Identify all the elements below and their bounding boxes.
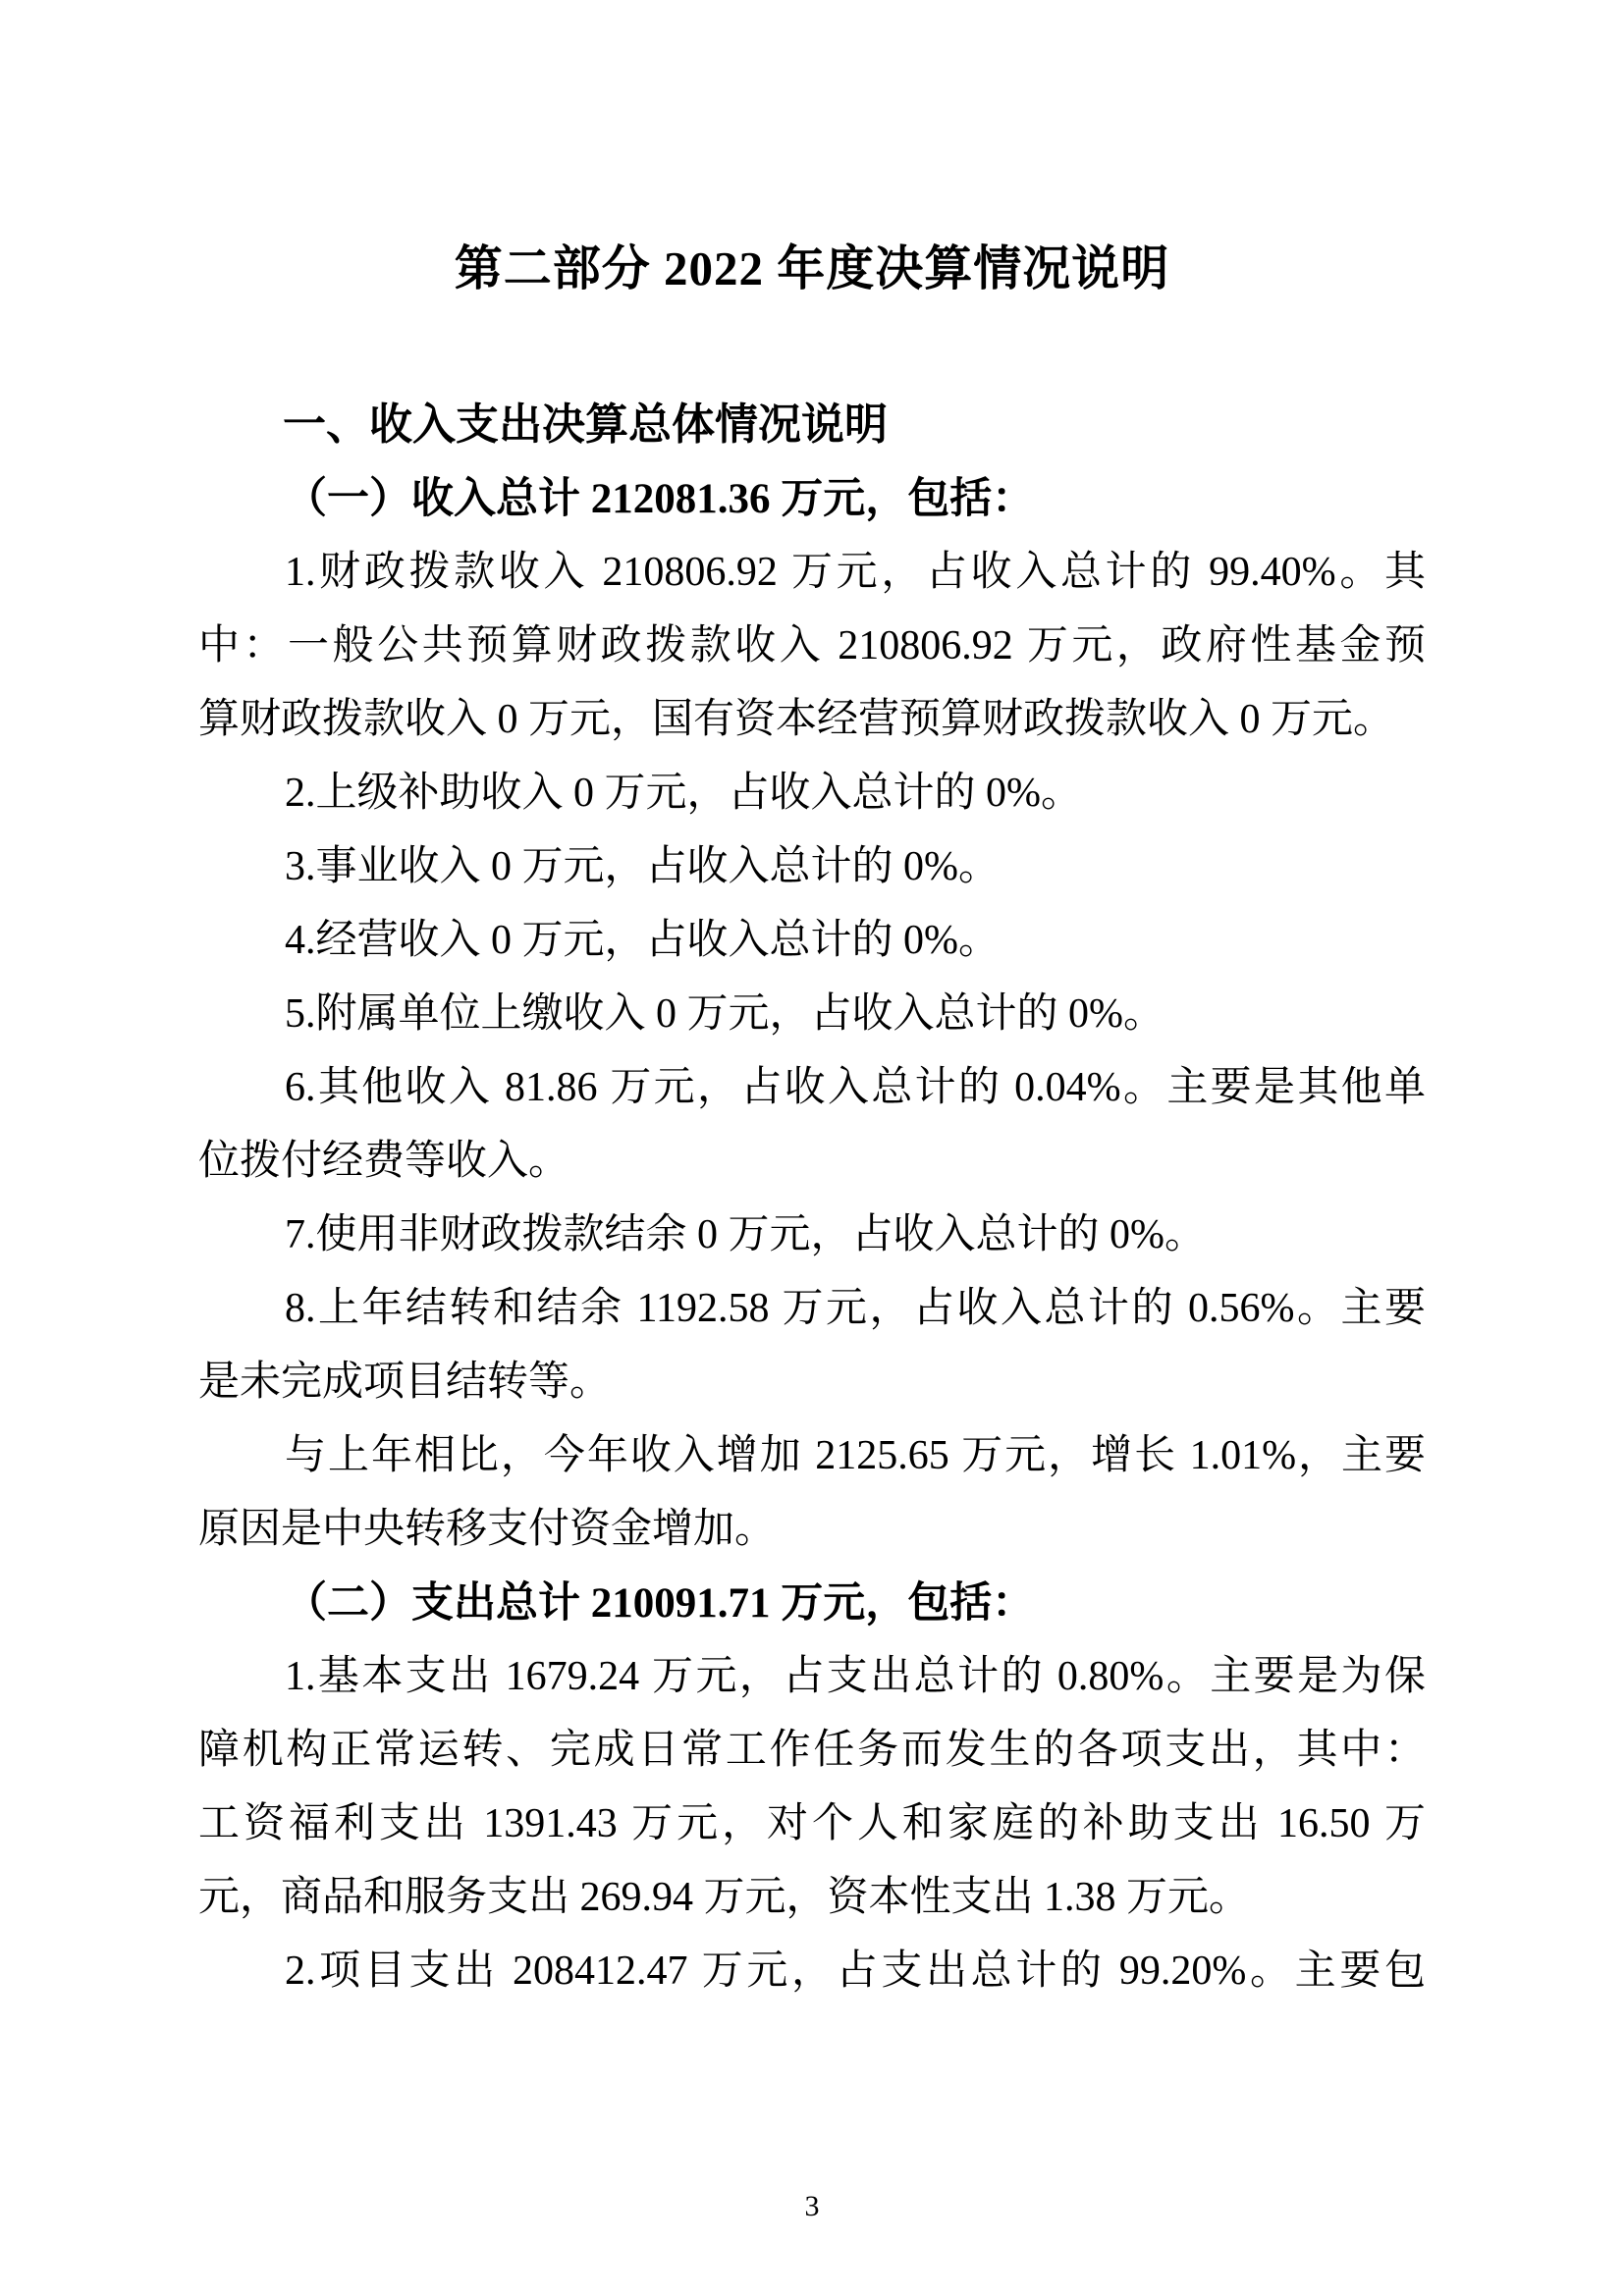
income-item-4: 4.经营收入 0 万元，占收入总计的 0%。: [198, 904, 1426, 978]
income-item-3: 3.事业收入 0 万元，占收入总计的 0%。: [198, 830, 1426, 904]
income-item-2: 2.上级补助收入 0 万元，占收入总计的 0%。: [198, 757, 1426, 830]
income-item-7: 7.使用非财政拨款结余 0 万元，占收入总计的 0%。: [198, 1199, 1426, 1272]
section-heading-income-expense-overview: 一、收入支出决算总体情况说明: [198, 387, 1426, 463]
income-item-1-line-2: 中：一般公共预算财政拨款收入 210806.92 万元，政府性基金预: [198, 610, 1426, 683]
document-body: （一）收入总计 212081.36 万元，包括： 1.财政拨款收入 210806…: [198, 462, 1426, 2008]
expense-item-1-line-2: 障机构正常运转、完成日常工作任务而发生的各项支出，其中：: [198, 1714, 1426, 1788]
income-yoy-comparison-line-2: 原因是中央转移支付资金增加。: [198, 1493, 1426, 1567]
page-title: 第二部分 2022 年度决算情况说明: [0, 234, 1624, 304]
page-number: 3: [0, 2189, 1624, 2224]
income-yoy-comparison-line-1: 与上年相比，今年收入增加 2125.65 万元，增长 1.01%，主要: [198, 1419, 1426, 1493]
document-page: 第二部分 2022 年度决算情况说明 一、收入支出决算总体情况说明 （一）收入总…: [0, 0, 1624, 2296]
expense-item-2-line-1: 2.项目支出 208412.47 万元，占支出总计的 99.20%。主要包: [198, 1935, 1426, 2008]
income-item-8-line-2: 是未完成项目结转等。: [198, 1346, 1426, 1419]
income-item-1-line-3: 算财政拨款收入 0 万元，国有资本经营预算财政拨款收入 0 万元。: [198, 683, 1426, 757]
expense-total-heading: （二）支出总计 210091.71 万元，包括：: [198, 1567, 1426, 1640]
income-item-8-line-1: 8.上年结转和结余 1192.58 万元，占收入总计的 0.56%。主要: [198, 1272, 1426, 1346]
expense-item-1-line-3: 工资福利支出 1391.43 万元，对个人和家庭的补助支出 16.50 万: [198, 1788, 1426, 1861]
income-item-6-line-1: 6.其他收入 81.86 万元，占收入总计的 0.04%。主要是其他单: [198, 1051, 1426, 1125]
income-item-1-line-1: 1.财政拨款收入 210806.92 万元，占收入总计的 99.40%。其: [198, 536, 1426, 610]
income-item-5: 5.附属单位上缴收入 0 万元，占收入总计的 0%。: [198, 978, 1426, 1051]
expense-item-1-line-1: 1.基本支出 1679.24 万元，占支出总计的 0.80%。主要是为保: [198, 1640, 1426, 1714]
income-total-heading: （一）收入总计 212081.36 万元，包括：: [198, 462, 1426, 536]
income-item-6-line-2: 位拨付经费等收入。: [198, 1125, 1426, 1199]
expense-item-1-line-4: 元，商品和服务支出 269.94 万元，资本性支出 1.38 万元。: [198, 1861, 1426, 1935]
